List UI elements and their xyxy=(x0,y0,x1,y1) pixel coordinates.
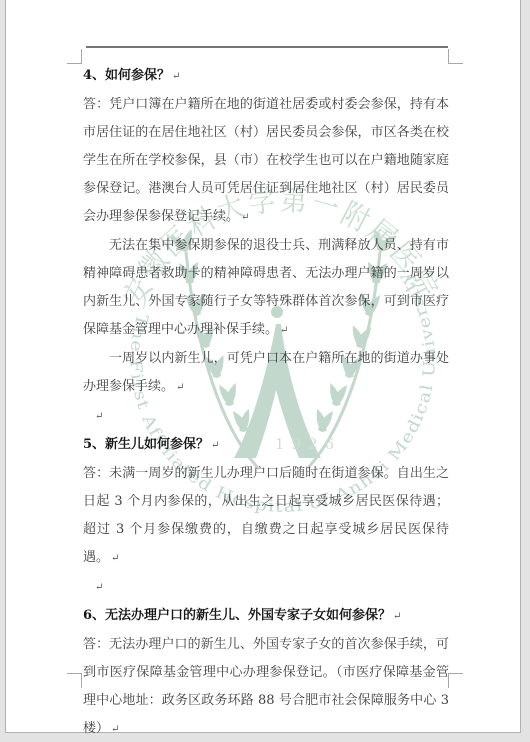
paragraph-mark-icon: ↵ xyxy=(241,212,249,223)
text-run: 答：未满一周岁的新生儿办理户口后随时在街道参保。自出生之日起 3 个月内参保的，… xyxy=(83,466,449,565)
crop-mark-top-right-icon xyxy=(448,49,463,64)
answer-paragraph: 答：凭户口簿在户籍所在地的街道社居委或村委会参保，持有本市居住证的在居住地社区（… xyxy=(83,91,449,232)
paragraph-mark-icon: ↵ xyxy=(280,325,288,336)
empty-line: ↵ xyxy=(83,402,449,431)
text-run: 一周岁以内新生儿，可凭户口本在户籍所在地的街道办事处办理参保手续。 xyxy=(83,351,449,394)
text-run: 答：凭户口簿在户籍所在地的街道社居委或村委会参保，持有本市居住证的在居住地社区（… xyxy=(83,97,449,224)
text-run: 答：无法办理户口的新生儿、外国专家子女的首次参保手续，可到市医疗保障基金管理中心… xyxy=(83,637,449,736)
crop-mark-top-left-icon xyxy=(67,49,82,64)
header-separator-line xyxy=(86,46,448,48)
paragraph-mark-icon: ↵ xyxy=(111,724,119,735)
text-run: 4、如何参保？ xyxy=(83,68,170,83)
answer-paragraph: 答：未满一周岁的新生儿办理户口后随时在街道参保。自出生之日起 3 个月内参保的，… xyxy=(83,460,449,573)
crop-mark-bottom-left-icon xyxy=(67,673,82,688)
answer-paragraph: 一周岁以内新生儿，可凭户口本在户籍所在地的街道办事处办理参保手续。↵ xyxy=(83,345,449,402)
question-heading: 4、如何参保？↵ xyxy=(83,62,449,91)
word-processor-canvas: 安徽医科大学第一附属医院 The First Affiliated Hospit… xyxy=(0,0,530,742)
text-run: 无法在集中参保期参保的退役士兵、刑满释放人员、持有市精神障碍患者救助卡的精神障碍… xyxy=(83,238,449,337)
answer-paragraph: 答：无法办理户口的新生儿、外国专家子女的首次参保手续，可到市医疗保障基金管理中心… xyxy=(83,631,449,742)
crop-mark-bottom-right-icon xyxy=(448,673,463,688)
answer-paragraph: 无法在集中参保期参保的退役士兵、刑满释放人员、持有市精神障碍患者救助卡的精神障碍… xyxy=(83,232,449,345)
question-heading: 5、新生儿如何参保？↵ xyxy=(83,431,449,460)
text-run: 5、新生儿如何参保？ xyxy=(83,437,209,452)
question-heading: 6、无法办理户口的新生儿、外国专家子女如何参保？↵ xyxy=(83,602,449,631)
paragraph-mark-icon: ↵ xyxy=(211,440,219,451)
paragraph-mark-icon: ↵ xyxy=(393,611,401,622)
paragraph-mark-icon: ↵ xyxy=(95,582,103,593)
paragraph-mark-icon: ↵ xyxy=(95,411,103,422)
paragraph-mark-icon: ↵ xyxy=(172,71,180,82)
page-overlay: 4、如何参保？↵答：凭户口簿在户籍所在地的街道社居委或村委会参保，持有本市居住证… xyxy=(0,0,530,742)
empty-line: ↵ xyxy=(83,573,449,602)
text-run: 6、无法办理户口的新生儿、外国专家子女如何参保？ xyxy=(83,608,391,623)
paragraph-mark-icon: ↵ xyxy=(111,553,119,564)
document-body-text: 4、如何参保？↵答：凭户口簿在户籍所在地的街道社居委或村委会参保，持有本市居住证… xyxy=(83,62,449,742)
paragraph-mark-icon: ↵ xyxy=(176,382,184,393)
